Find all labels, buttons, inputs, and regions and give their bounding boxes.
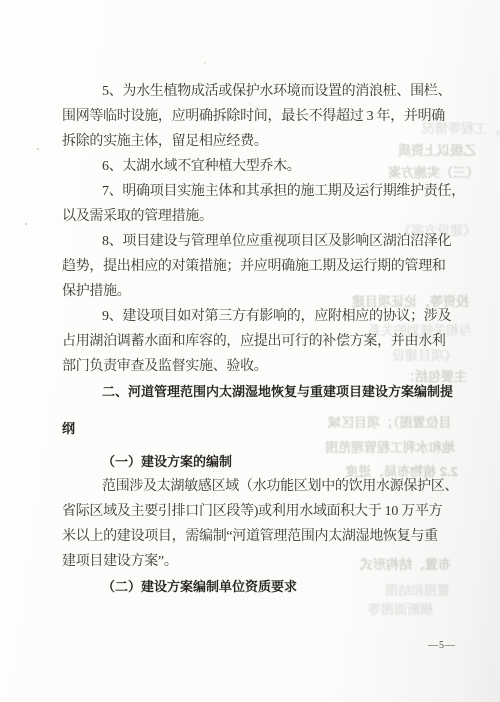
body-line: 7、明确项目实施主体和其承担的施工期及运行期维护责任， [62,179,454,204]
scan-speck [25,223,27,225]
bleed-through-text: 横断面图等 [368,599,433,618]
body-line: 6、太湖水域不宜种植大型乔木。 [62,154,454,179]
page-number: —5— [428,640,456,651]
heading-line: （二）建设方案编制单位资质要求 [62,574,454,599]
scan-speck [249,103,251,105]
scan-speck [204,62,206,64]
body-line: 8、项目建设与管理单位应重视项目区及影响区湖泊沼泽化 [62,229,454,254]
heading-line: （一）建设方案的编制 [62,449,454,474]
body-line: 省际区域及主要引排口门区段等)或利用水域面积大于 10 万平方 [62,499,454,524]
body-line: 以及需采取的管理措施。 [62,204,454,229]
body-line: 部门负责审查及监督实施、验收。 [62,354,454,379]
body-line: 趋势，提出相应的对策措施；并应明确施工期及运行期的管理和 [62,254,454,279]
scan-speck [37,148,39,150]
body-line: 5、为水生植物成活或保护水环境而设置的消浪桩、围栏、 [62,79,454,104]
body-line: 9、建设项目如对第三方有影响的，应附相应的协议；涉及 [62,304,454,329]
body-line: 拆除的实施主体，留足相应经费。 [62,129,454,154]
scanned-document-page: 规划，工程等情况乙级以上资质（三）实施方案《建设方案》投资等，论证项目建与相关规… [0,0,500,702]
body-line: 围网等临时设施，应明确拆除时间，最长不得超过 3 年，并明确 [62,104,454,129]
body-line: 占用湖泊调蓄水面和库容的，应提出可行的补偿方案，并由水利 [62,329,454,354]
text-layer: 5、为水生植物成活或保护水环境而设置的消浪桩、围栏、围网等临时设施，应明确拆除时… [62,79,454,599]
body-line: 建项目建设方案”。 [62,549,454,574]
body-line: 范围涉及太湖敏感区域（水功能区划中的饮用水源保护区、 [62,474,454,499]
heading-line: 二、河道管理范围内太湖湿地恢复与重建项目建设方案编制提 [62,379,454,404]
heading-line: 纲 [62,416,454,441]
body-line: 保护措施。 [62,279,454,304]
body-line: 米以上的建设项目，需编制“河道管理范围内太湖湿地恢复与重 [62,524,454,549]
